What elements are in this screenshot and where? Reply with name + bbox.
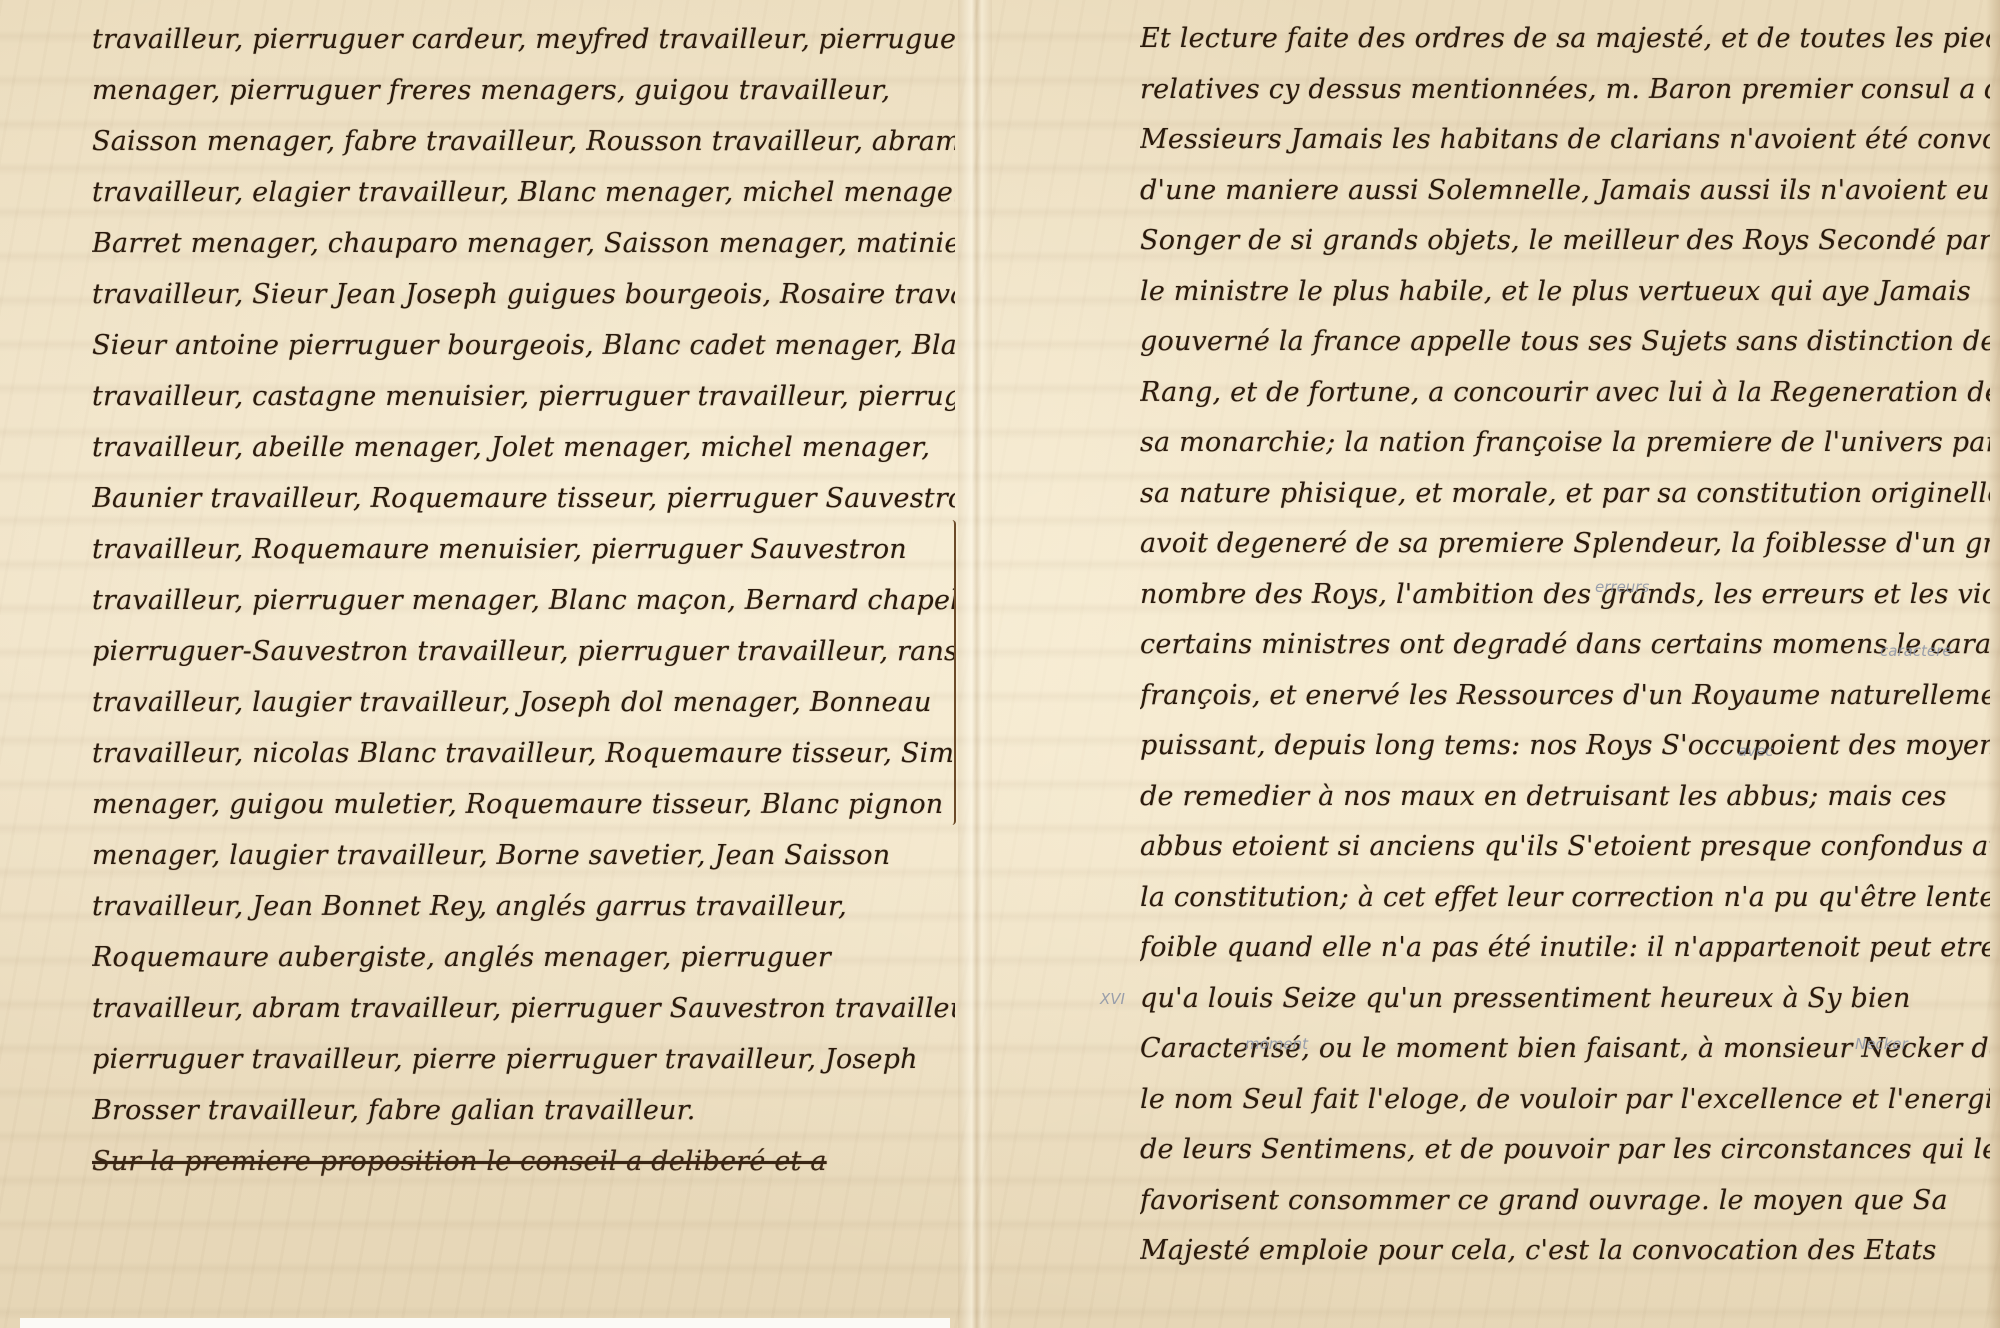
scan-border [20,1318,950,1328]
manuscript-line: travailleur, abeille menager, Jolet mena… [92,422,955,473]
manuscript-line: Et lecture faite des ordres de sa majest… [1140,14,1990,65]
manuscript-line: certains ministres ont degradé dans cert… [1140,620,1990,671]
struck-through-line: Sur la premiere proposition le conseil a… [92,1136,955,1187]
left-page: travailleur, pierruguer cardeur, meyfred… [0,0,975,1328]
pencil-annotation: XVI [1100,990,1125,1008]
manuscript-line: françois, et enervé les Ressources d'un … [1140,671,1990,722]
manuscript-line: travailleur, castagne menuisier, pierrug… [92,371,955,422]
manuscript-line: Songer de si grands objets, le meilleur … [1140,216,1990,267]
manuscript-line: relatives cy dessus mentionnées, m. Baro… [1140,65,1990,116]
manuscript-line: travailleur, nicolas Blanc travailleur, … [92,728,955,779]
manuscript-line: favorisent consommer ce grand ouvrage. l… [1140,1176,1990,1227]
manuscript-line: Roquemaure aubergiste, anglés menager, p… [92,932,955,983]
manuscript-line: avoit degeneré de sa premiere Splendeur,… [1140,519,1990,570]
manuscript-line: pierruguer travailleur, pierre pierrugue… [92,1034,955,1085]
manuscript-line: menager, pierruguer freres menagers, gui… [92,65,955,116]
margin-bracket-mark [948,520,956,825]
manuscript-line: travailleur, pierruguer cardeur, meyfred… [92,14,955,65]
manuscript-line: foible quand elle n'a pas été inutile: i… [1140,923,1990,974]
pencil-annotation: moment [1245,1035,1308,1053]
manuscript-line: puissant, depuis long tems: nos Roys S'o… [1140,721,1990,772]
manuscript-line: qu'a louis Seize qu'un pressentiment heu… [1140,974,1990,1025]
manuscript-line: nombre des Roys, l'ambition des grands, … [1140,570,1990,621]
manuscript-line: sa nature phisique, et morale, et par sa… [1140,469,1990,520]
manuscript-line: Barret menager, chauparo menager, Saisso… [92,218,955,269]
manuscript-line: Messieurs Jamais les habitans de clarian… [1140,115,1990,166]
manuscript-line: travailleur, laugier travailleur, Joseph… [92,677,955,728]
manuscript-line: travailleur, elagier travailleur, Blanc … [92,167,955,218]
manuscript-spread: travailleur, pierruguer cardeur, meyfred… [0,0,2000,1328]
right-page: Et lecture faite des ordres de sa majest… [982,0,2000,1328]
manuscript-line: Sieur antoine pierruguer bourgeois, Blan… [92,320,955,371]
manuscript-line: pierruguer-Sauvestron travailleur, pierr… [92,626,955,677]
manuscript-line: gouverné la france appelle tous ses Suje… [1140,317,1990,368]
manuscript-line: travailleur, Jean Bonnet Rey, anglés gar… [92,881,955,932]
manuscript-line: travailleur, pierruguer menager, Blanc m… [92,575,955,626]
manuscript-line: Rang, et de fortune, a concourir avec lu… [1140,368,1990,419]
manuscript-line: d'une maniere aussi Solemnelle, Jamais a… [1140,166,1990,217]
manuscript-line: de leurs Sentimens, et de pouvoir par le… [1140,1125,1990,1176]
manuscript-line: la constitution; à cet effet leur correc… [1140,873,1990,924]
pencil-annotation: Necker [1855,1035,1908,1053]
manuscript-line: menager, guigou muletier, Roquemaure tis… [92,779,955,830]
manuscript-line: Brosser travailleur, fabre galian travai… [92,1085,955,1136]
manuscript-line: Baunier travailleur, Roquemaure tisseur,… [92,473,955,524]
manuscript-line: menager, laugier travailleur, Borne save… [92,830,955,881]
manuscript-line: travailleur, Roquemaure menuisier, pierr… [92,524,955,575]
manuscript-line: travailleur, Sieur Jean Joseph guigues b… [92,269,955,320]
manuscript-line: le nom Seul fait l'eloge, de vouloir par… [1140,1075,1990,1126]
manuscript-line: sa monarchie; la nation françoise la pre… [1140,418,1990,469]
manuscript-line: abbus etoient si anciens qu'ils S'etoien… [1140,822,1990,873]
manuscript-line: de remedier à nos maux en detruisant les… [1140,772,1990,823]
page-edge-shadow [1986,0,2000,1328]
manuscript-line: Saisson menager, fabre travailleur, Rous… [92,116,955,167]
manuscript-line: travailleur, abram travailleur, pierrugu… [92,983,955,1034]
manuscript-line: Majesté emploie pour cela, c'est la conv… [1140,1226,1990,1277]
manuscript-line: le ministre le plus habile, et le plus v… [1140,267,1990,318]
pencil-annotation: caractere [1880,642,1952,660]
pencil-annotation: erreurs [1595,578,1649,596]
pencil-annotation: avec [1738,742,1774,760]
